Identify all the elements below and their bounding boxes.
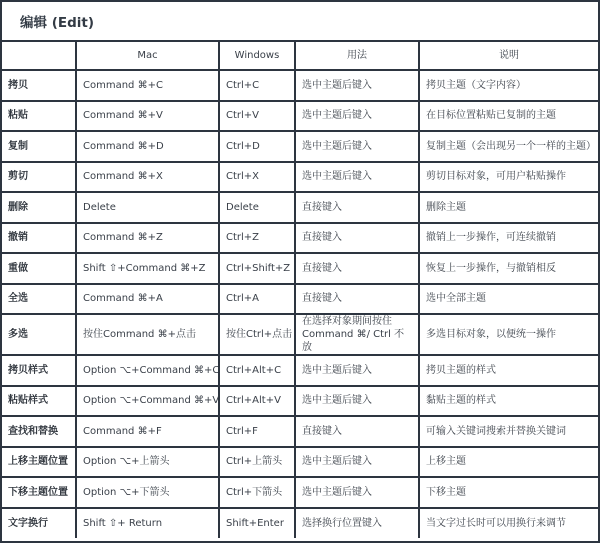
description-cell: 黏贴主题的样式 bbox=[419, 386, 598, 417]
windows-shortcut-cell: Ctrl+下箭头 bbox=[219, 477, 295, 508]
usage-cell: 直接键入 bbox=[295, 253, 419, 284]
usage-cell: 选中主题后键入 bbox=[295, 101, 419, 132]
usage-cell: 选中主题后键入 bbox=[295, 131, 419, 162]
description-cell: 在目标位置粘贴已复制的主题 bbox=[419, 101, 598, 132]
section-title: 编辑 (Edit) bbox=[2, 2, 598, 42]
windows-shortcut-cell: Ctrl+V bbox=[219, 101, 295, 132]
windows-shortcut-cell: Ctrl+X bbox=[219, 162, 295, 193]
table-row: 复制Command ⌘+DCtrl+D选中主题后键入复制主题（会出现另一个一样的… bbox=[2, 131, 598, 162]
table-row: 拷贝样式Option ⌥+Command ⌘+CCtrl+Alt+C选中主题后键… bbox=[2, 355, 598, 386]
feature-cell: 粘贴 bbox=[2, 101, 76, 132]
feature-cell: 重做 bbox=[2, 253, 76, 284]
mac-shortcut-cell: Command ⌘+F bbox=[76, 416, 219, 447]
description-cell: 当文字过长时可以用换行来调节 bbox=[419, 508, 598, 539]
header-description: 说明 bbox=[419, 42, 598, 70]
header-mac: Mac bbox=[76, 42, 219, 70]
feature-cell: 全选 bbox=[2, 284, 76, 315]
table-row: 多选按住Command ⌘+点击按住Ctrl+点击在选择对象期间按住 Comma… bbox=[2, 314, 598, 355]
table-row: 重做Shift ⇧+Command ⌘+ZCtrl+Shift+Z直接键入恢复上… bbox=[2, 253, 598, 284]
usage-cell: 选择换行位置键入 bbox=[295, 508, 419, 539]
table-row: 撤销Command ⌘+ZCtrl+Z直接键入撤销上一步操作，可连续撤销 bbox=[2, 223, 598, 254]
table-row: 下移主题位置Option ⌥+下箭头Ctrl+下箭头选中主题后键入下移主题 bbox=[2, 477, 598, 508]
table-header-row: Mac Windows 用法 说明 bbox=[2, 42, 598, 70]
feature-cell: 文字换行 bbox=[2, 508, 76, 539]
windows-shortcut-cell: 按住Ctrl+点击 bbox=[219, 314, 295, 355]
mac-shortcut-cell: Option ⌥+上箭头 bbox=[76, 447, 219, 478]
usage-cell: 选中主题后键入 bbox=[295, 355, 419, 386]
windows-shortcut-cell: Ctrl+C bbox=[219, 70, 295, 101]
description-cell: 多选目标对象，以便统一操作 bbox=[419, 314, 598, 355]
feature-cell: 剪切 bbox=[2, 162, 76, 193]
feature-cell: 查找和替换 bbox=[2, 416, 76, 447]
table-row: 上移主题位置Option ⌥+上箭头Ctrl+上箭头选中主题后键入上移主题 bbox=[2, 447, 598, 478]
description-cell: 拷贝主题（文字内容） bbox=[419, 70, 598, 101]
usage-cell: 直接键入 bbox=[295, 223, 419, 254]
description-cell: 撤销上一步操作，可连续撤销 bbox=[419, 223, 598, 254]
description-cell: 可输入关键词搜索并替换关键词 bbox=[419, 416, 598, 447]
description-cell: 复制主题（会出现另一个一样的主题） bbox=[419, 131, 598, 162]
mac-shortcut-cell: Command ⌘+Z bbox=[76, 223, 219, 254]
mac-shortcut-cell: Delete bbox=[76, 192, 219, 223]
mac-shortcut-cell: Option ⌥+Command ⌘+V bbox=[76, 386, 219, 417]
table-row: 拷贝Command ⌘+CCtrl+C选中主题后键入拷贝主题（文字内容） bbox=[2, 70, 598, 101]
windows-shortcut-cell: Ctrl+上箭头 bbox=[219, 447, 295, 478]
table-row: 文字换行Shift ⇧+ ReturnShift+Enter选择换行位置键入当文… bbox=[2, 508, 598, 539]
table-row: 查找和替换Command ⌘+FCtrl+F直接键入可输入关键词搜索并替换关键词 bbox=[2, 416, 598, 447]
feature-cell: 下移主题位置 bbox=[2, 477, 76, 508]
windows-shortcut-cell: Ctrl+F bbox=[219, 416, 295, 447]
feature-cell: 多选 bbox=[2, 314, 76, 355]
usage-cell: 选中主题后键入 bbox=[295, 447, 419, 478]
windows-shortcut-cell: Ctrl+Shift+Z bbox=[219, 253, 295, 284]
windows-shortcut-cell: Ctrl+Z bbox=[219, 223, 295, 254]
description-cell: 剪切目标对象，可用户粘贴操作 bbox=[419, 162, 598, 193]
description-cell: 选中全部主题 bbox=[419, 284, 598, 315]
mac-shortcut-cell: Option ⌥+下箭头 bbox=[76, 477, 219, 508]
windows-shortcut-cell: Ctrl+Alt+V bbox=[219, 386, 295, 417]
mac-shortcut-cell: Shift ⇧+ Return bbox=[76, 508, 219, 539]
feature-cell: 撤销 bbox=[2, 223, 76, 254]
feature-cell: 复制 bbox=[2, 131, 76, 162]
mac-shortcut-cell: Command ⌘+D bbox=[76, 131, 219, 162]
feature-cell: 粘贴样式 bbox=[2, 386, 76, 417]
feature-cell: 上移主题位置 bbox=[2, 447, 76, 478]
mac-shortcut-cell: 按住Command ⌘+点击 bbox=[76, 314, 219, 355]
feature-cell: 拷贝样式 bbox=[2, 355, 76, 386]
usage-cell: 选中主题后键入 bbox=[295, 386, 419, 417]
feature-cell: 删除 bbox=[2, 192, 76, 223]
header-feature bbox=[2, 42, 76, 70]
description-cell: 恢复上一步操作，与撤销相反 bbox=[419, 253, 598, 284]
usage-cell: 在选择对象期间按住 Command ⌘/ Ctrl 不放 bbox=[295, 314, 419, 355]
table-row: 全选Command ⌘+ACtrl+A直接键入选中全部主题 bbox=[2, 284, 598, 315]
mac-shortcut-cell: Command ⌘+A bbox=[76, 284, 219, 315]
description-cell: 拷贝主题的样式 bbox=[419, 355, 598, 386]
shortcut-table: Mac Windows 用法 说明 拷贝Command ⌘+CCtrl+C选中主… bbox=[2, 42, 598, 538]
feature-cell: 拷贝 bbox=[2, 70, 76, 101]
mac-shortcut-cell: Command ⌘+C bbox=[76, 70, 219, 101]
usage-cell: 直接键入 bbox=[295, 192, 419, 223]
table-row: 删除DeleteDelete直接键入删除主题 bbox=[2, 192, 598, 223]
mac-shortcut-cell: Option ⌥+Command ⌘+C bbox=[76, 355, 219, 386]
table-row: 粘贴样式Option ⌥+Command ⌘+VCtrl+Alt+V选中主题后键… bbox=[2, 386, 598, 417]
description-cell: 上移主题 bbox=[419, 447, 598, 478]
shortcut-sheet: 编辑 (Edit) Mac Windows 用法 说明 拷贝Command ⌘+… bbox=[0, 0, 600, 543]
windows-shortcut-cell: Delete bbox=[219, 192, 295, 223]
header-windows: Windows bbox=[219, 42, 295, 70]
windows-shortcut-cell: Ctrl+Alt+C bbox=[219, 355, 295, 386]
description-cell: 删除主题 bbox=[419, 192, 598, 223]
description-cell: 下移主题 bbox=[419, 477, 598, 508]
usage-cell: 直接键入 bbox=[295, 284, 419, 315]
mac-shortcut-cell: Command ⌘+V bbox=[76, 101, 219, 132]
usage-cell: 选中主题后键入 bbox=[295, 477, 419, 508]
windows-shortcut-cell: Shift+Enter bbox=[219, 508, 295, 539]
mac-shortcut-cell: Command ⌘+X bbox=[76, 162, 219, 193]
usage-cell: 选中主题后键入 bbox=[295, 70, 419, 101]
usage-cell: 选中主题后键入 bbox=[295, 162, 419, 193]
windows-shortcut-cell: Ctrl+D bbox=[219, 131, 295, 162]
usage-cell: 直接键入 bbox=[295, 416, 419, 447]
mac-shortcut-cell: Shift ⇧+Command ⌘+Z bbox=[76, 253, 219, 284]
windows-shortcut-cell: Ctrl+A bbox=[219, 284, 295, 315]
table-row: 剪切Command ⌘+XCtrl+X选中主题后键入剪切目标对象，可用户粘贴操作 bbox=[2, 162, 598, 193]
table-row: 粘贴Command ⌘+VCtrl+V选中主题后键入在目标位置粘贴已复制的主题 bbox=[2, 101, 598, 132]
header-usage: 用法 bbox=[295, 42, 419, 70]
